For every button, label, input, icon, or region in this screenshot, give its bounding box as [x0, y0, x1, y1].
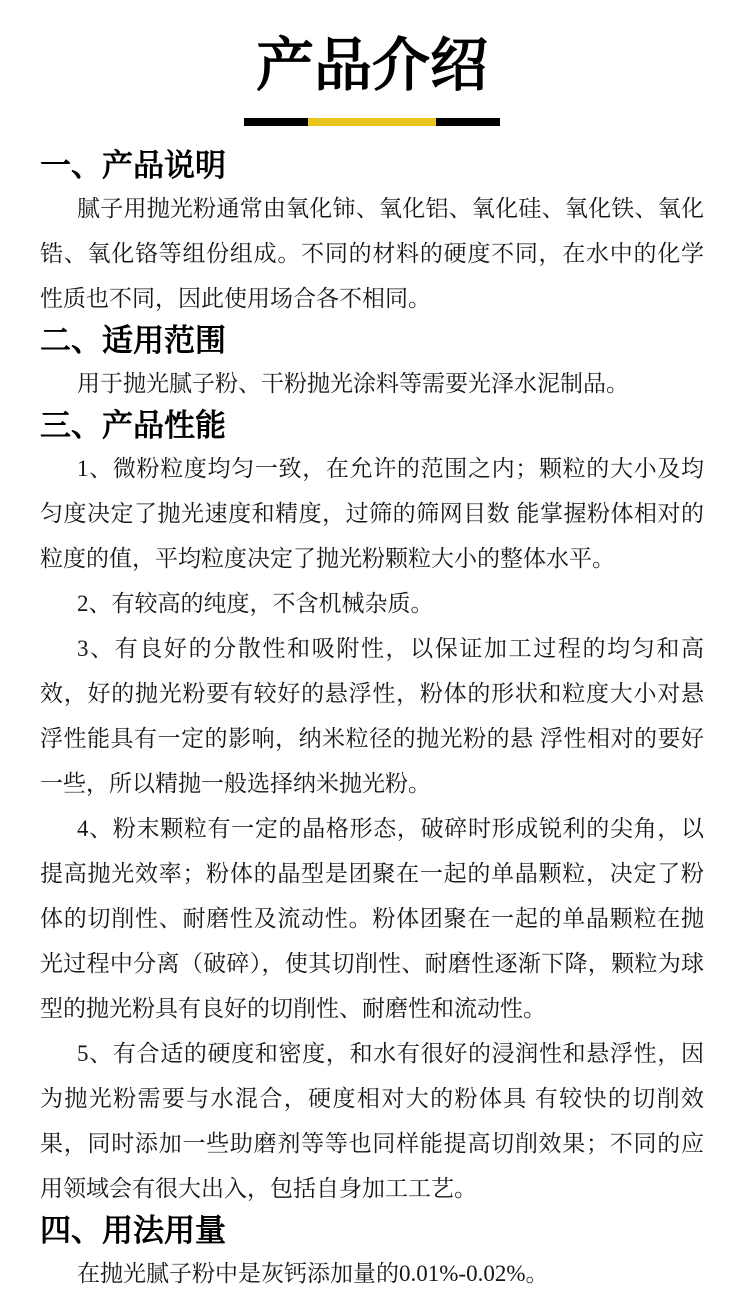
paragraph: 5、有合适的硬度和密度，和水有很好的浸润性和悬浮性，因为抛光粉需要与水混合，硬度…: [40, 1031, 704, 1211]
divider-segment-middle: [308, 118, 436, 126]
title-divider: [244, 118, 500, 126]
section-product-description: 一、产品说明 腻子用抛光粉通常由氧化铈、氧化铝、氧化硅、氧化铁、氧化锆、氧化铬等…: [40, 146, 704, 321]
paragraph: 2、有较高的纯度，不含机械杂质。: [40, 581, 704, 626]
paragraph: 腻子用抛光粉通常由氧化铈、氧化铝、氧化硅、氧化铁、氧化锆、氧化铬等组份组成。不同…: [40, 186, 704, 321]
section-heading: 三、产品性能: [40, 406, 704, 446]
paragraph: 4、粉末颗粒有一定的晶格形态，破碎时形成锐利的尖角，以提高抛光效率；粉体的晶型是…: [40, 806, 704, 1031]
divider-segment-right: [436, 118, 500, 126]
paragraph: 1、微粉粒度均匀一致，在允许的范围之内；颗粒的大小及均匀度决定了抛光速度和精度，…: [40, 446, 704, 581]
section-usage-dosage: 四、用法用量 在抛光腻子粉中是灰钙添加量的0.01%-0.02%。: [40, 1211, 704, 1296]
product-intro-page: 产品介绍 一、产品说明 腻子用抛光粉通常由氧化铈、氧化铝、氧化硅、氧化铁、氧化锆…: [0, 0, 750, 1300]
paragraph: 用于抛光腻子粉、干粉抛光涂料等需要光泽水泥制品。: [40, 361, 704, 406]
page-title: 产品介绍: [40, 30, 704, 102]
section-heading: 一、产品说明: [40, 146, 704, 186]
section-product-performance: 三、产品性能 1、微粉粒度均匀一致，在允许的范围之内；颗粒的大小及均匀度决定了抛…: [40, 406, 704, 1211]
paragraph: 3、有良好的分散性和吸附性，以保证加工过程的均匀和高效，好的抛光粉要有较好的悬浮…: [40, 626, 704, 806]
section-heading: 二、适用范围: [40, 321, 704, 361]
section-heading: 四、用法用量: [40, 1211, 704, 1251]
paragraph: 在抛光腻子粉中是灰钙添加量的0.01%-0.02%。: [40, 1251, 704, 1296]
divider-segment-left: [244, 118, 308, 126]
section-applicable-scope: 二、适用范围 用于抛光腻子粉、干粉抛光涂料等需要光泽水泥制品。: [40, 321, 704, 406]
